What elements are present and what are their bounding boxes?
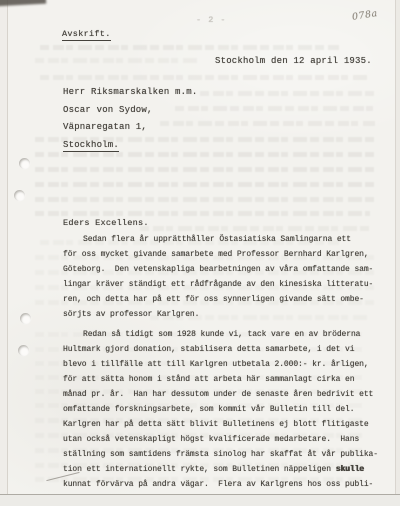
bleedthrough-line: [35, 182, 375, 187]
punch-hole: [19, 158, 30, 169]
scanned-letter-page: { "document": { "corner_annotation": "07…: [0, 0, 400, 506]
paragraph: Sedan flera år upprätthåller Östasiatisk…: [63, 233, 383, 322]
body-line: ställning som samtidens främsta sinolog …: [63, 448, 383, 463]
overstruck-word: skulle: [336, 465, 364, 474]
paper-edge-right: [395, 0, 396, 494]
body-line: månad pr. år. Han har dessutom under de …: [63, 388, 383, 403]
bleedthrough-page-number: - 2 -: [196, 15, 227, 25]
paragraph: Redan så tidigt som 1928 kunde vi, tack …: [63, 328, 383, 492]
recipient-line: Herr Riksmarskalken m.m.: [63, 84, 197, 102]
salutation: Eders Excellens.: [63, 218, 149, 228]
document-heading: Avskrift.: [62, 29, 111, 39]
punch-hole: [20, 313, 31, 324]
recipient-line: Väpnaregatan 1,: [63, 119, 197, 137]
bleedthrough-line: [35, 211, 370, 216]
recipient-line: Stockholm.: [63, 137, 197, 155]
punch-hole: [18, 345, 29, 356]
body-line: Göteborg. Den vetenskapliga bearbetninge…: [63, 263, 383, 278]
body-line: ren, och detta har på ett för oss synner…: [63, 293, 383, 308]
body-line: lingar kräver ständigt ett rådfrågande a…: [63, 278, 383, 293]
heading-underlined-text: Avskrift.: [62, 29, 111, 41]
body-line: för att sätta honom i stånd att arbeta h…: [63, 373, 383, 388]
bleedthrough-line: [200, 91, 375, 96]
body-line: kunnat förvärva på andra vägar. Flera av…: [63, 478, 383, 493]
body-line: sörjts av professor Karlgren.: [63, 308, 383, 323]
body-line: Hultmark gjord donation, stabilisera det…: [63, 343, 383, 358]
scan-margin-left: [0, 0, 7, 506]
bleedthrough-line: [35, 167, 375, 172]
bleedthrough-line: [40, 45, 340, 50]
letter-body: Sedan flera år upprätthåller Östasiatisk…: [63, 233, 383, 498]
paper-edge-left: [7, 0, 8, 494]
bleedthrough-line: [140, 226, 370, 231]
body-line: utan också vetenskapligt högst kvalifice…: [63, 433, 383, 448]
body-line: för oss mycket givande samarbete med Pro…: [63, 248, 383, 263]
body-line: omfattande forskningsarbete, som kommit …: [63, 403, 383, 418]
body-line: blevo i tillfälle att till Karlgren utbe…: [63, 358, 383, 373]
bleedthrough-line: [35, 197, 375, 202]
dateline: Stockholm den 12 april 1935.: [215, 56, 372, 66]
body-line: Redan så tidigt som 1928 kunde vi, tack …: [63, 328, 383, 343]
bleedthrough-line: [175, 106, 375, 111]
bleedthrough-line: [35, 58, 200, 63]
recipient-line: Oscar von Sydow,: [63, 102, 197, 120]
body-line: Sedan flera år upprätthåller Östasiatisk…: [63, 233, 383, 248]
recipient-address-block: Herr Riksmarskalken m.m.Oscar von Sydow,…: [63, 84, 197, 154]
punch-hole: [14, 190, 25, 201]
scan-margin-right: [396, 0, 400, 506]
bleedthrough-line: [40, 75, 370, 80]
body-line: Karlgren har på detta sätt blivit Bullet…: [63, 418, 383, 433]
body-line: tion ett internationellt rykte, som Bull…: [63, 463, 383, 478]
